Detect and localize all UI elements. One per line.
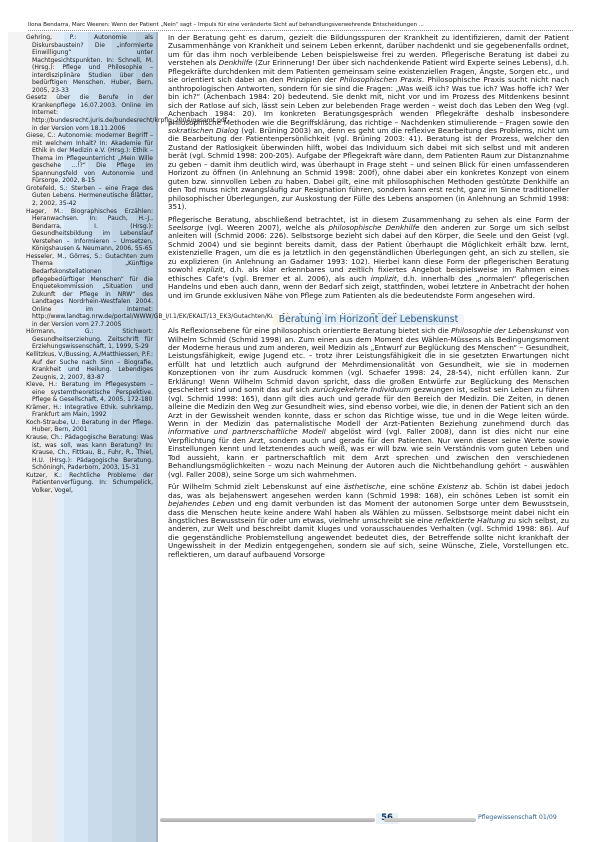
body-paragraph: Pflegerische Beratung, abschließend betr…: [168, 216, 569, 301]
reference-entry: Hesseler, M., Görres, S.: Gutachten zum …: [26, 253, 153, 328]
reference-entry: Krause, Ch.: Pädagogische Beratung: Was …: [26, 434, 153, 472]
reference-entry: Hager, M.: Biographisches Erzählen: Hera…: [26, 208, 153, 253]
references-list: Gehring, P.: Autonomie als Diskursbauste…: [26, 34, 153, 494]
body-paragraph: Für Wilhelm Schmid zielt Lebenskunst auf…: [168, 483, 569, 559]
journal-name: Pflegewissenschaft 01/09: [478, 813, 557, 823]
body-paragraph: Als Reflexionsebene für eine philosophis…: [168, 327, 569, 479]
running-head: Ilona Bendarra, Marc Weeren: Wenn der Pa…: [28, 22, 573, 31]
reference-entry: Kutzer, K.: Rechtliche Probleme der Pati…: [26, 472, 153, 495]
reference-entry: Kleve, H.: Beratung im Pflegesystem – ei…: [26, 381, 153, 404]
reference-entry: Koch-Straube, U.: Beratung in der Pflege…: [26, 419, 153, 434]
text-run: von Wilhelm Schmid (Schmid 1998) an. Zum…: [168, 326, 569, 394]
text-run: (vgl. Brüning 2003) an, denn es geht um …: [168, 126, 569, 211]
reference-entry: Gesetz über die Berufe in der Krankenpfl…: [26, 94, 153, 132]
text-run: . Philosophische Praxis sucht nicht nach…: [168, 75, 569, 126]
main-text-column: In der Beratung geht es darum, gezielt d…: [168, 34, 569, 563]
reference-entry: Kellitzkus, V./Bussing, A./Matthiessen, …: [26, 351, 153, 381]
reference-entry: Krämer, H.: Integrative Ethik. suhrkamp,…: [26, 404, 153, 419]
body-paragraph: In der Beratung geht es darum, gezielt d…: [168, 34, 569, 212]
sidebar-edge-divider: [156, 32, 158, 842]
reference-entry: Giese, C.: Autonomie: moderner Begriff –…: [26, 132, 153, 185]
reference-entry: Hörmann, G.: Stichwort: Gesundheitserzie…: [26, 328, 153, 351]
reference-entry: Gehring, P.: Autonomie als Diskursbauste…: [26, 34, 153, 94]
footer-rule-left: [160, 818, 375, 822]
reference-entry: Grotefeld, S.: Sterben – eine Frage des …: [26, 185, 153, 208]
section-heading: Beratung im Horizont der Lebenskunst: [168, 314, 569, 325]
section-heading-text: Beratung im Horizont der Lebenskunst: [273, 314, 465, 325]
footer-rule-right: [384, 818, 476, 822]
text-run: abgelöst wird (vgl. Faller 2008), dann i…: [168, 427, 569, 478]
